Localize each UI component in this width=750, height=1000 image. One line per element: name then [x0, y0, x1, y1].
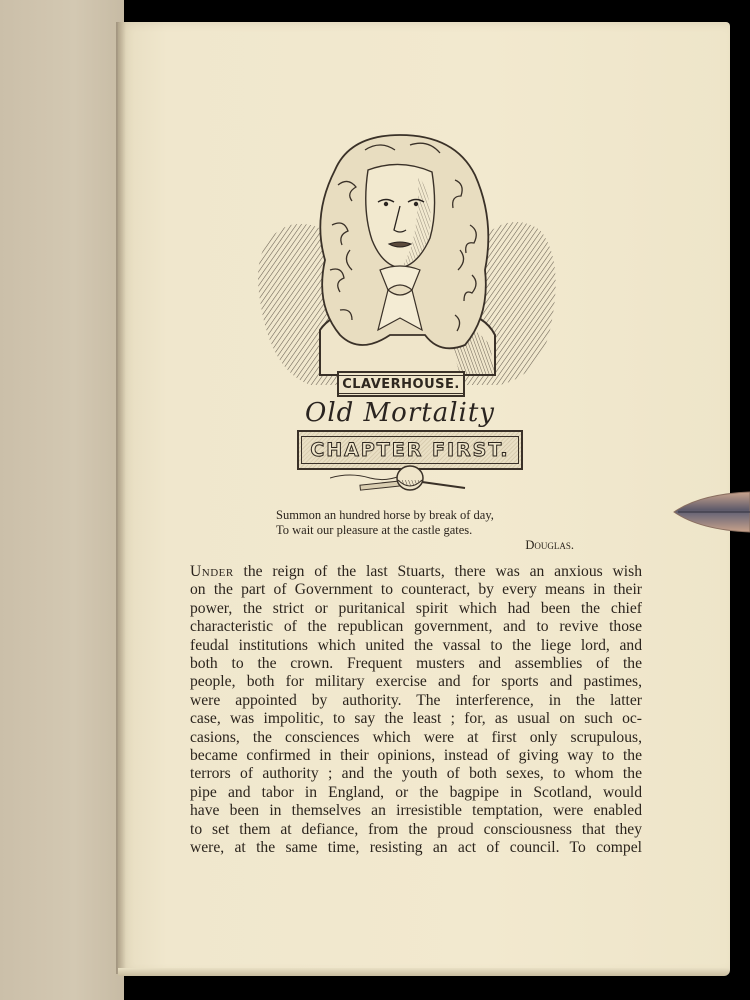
portrait-name-plate: CLAVERHOUSE. [337, 371, 465, 397]
text-line: pipe and tabor in England, or the bagpip… [190, 784, 642, 802]
text-line: Under the reign of the last Stuarts, the… [190, 563, 642, 581]
text-line: on the part of Government to counteract,… [190, 581, 642, 599]
handwritten-annotation: Old Mortality [305, 398, 520, 434]
opening-word: Under [190, 563, 234, 580]
chapter-body-text: Under the reign of the last Stuarts, the… [190, 563, 642, 858]
text-line: were appointed by authority. The interfe… [190, 692, 642, 710]
portrait-name-label: CLAVERHOUSE. [337, 375, 465, 394]
epigraph-line: Summon an hundred horse by break of day, [276, 508, 576, 523]
epigraph: Summon an hundred horse by break of day,… [276, 508, 576, 553]
portrait-engraving [250, 130, 560, 400]
text-line: characteristic of the republican governm… [190, 618, 642, 636]
pen-nib-icon [670, 490, 750, 534]
text-line: terrors of authority ; and the youth of … [190, 765, 642, 783]
text-line: were, at the same time, resisting an act… [190, 839, 642, 857]
gutter-shadow [116, 22, 126, 974]
page-bottom-edge [118, 968, 730, 976]
text-line: casions, the consciences which were at f… [190, 729, 642, 747]
text-line: became confirmed in their opinions, inst… [190, 747, 642, 765]
text-line: have been in themselves an irresistible … [190, 802, 642, 820]
text-line: case, was impolitic, to say the least ; … [190, 710, 642, 728]
left-page [0, 0, 124, 1000]
text-line: feudal institutions which united the vas… [190, 637, 642, 655]
epigraph-line: To wait our pleasure at the castle gates… [276, 523, 576, 538]
text-line: both to the crown. Frequent musters and … [190, 655, 642, 673]
epigraph-attribution: Douglas. [276, 538, 574, 553]
text-line: power, the strict or puritanical spirit … [190, 600, 642, 618]
text-line: people, both for military exercise and f… [190, 673, 642, 691]
drum-ornament-icon [330, 458, 470, 494]
text-line: to set them at defiance, from the proud … [190, 821, 642, 839]
